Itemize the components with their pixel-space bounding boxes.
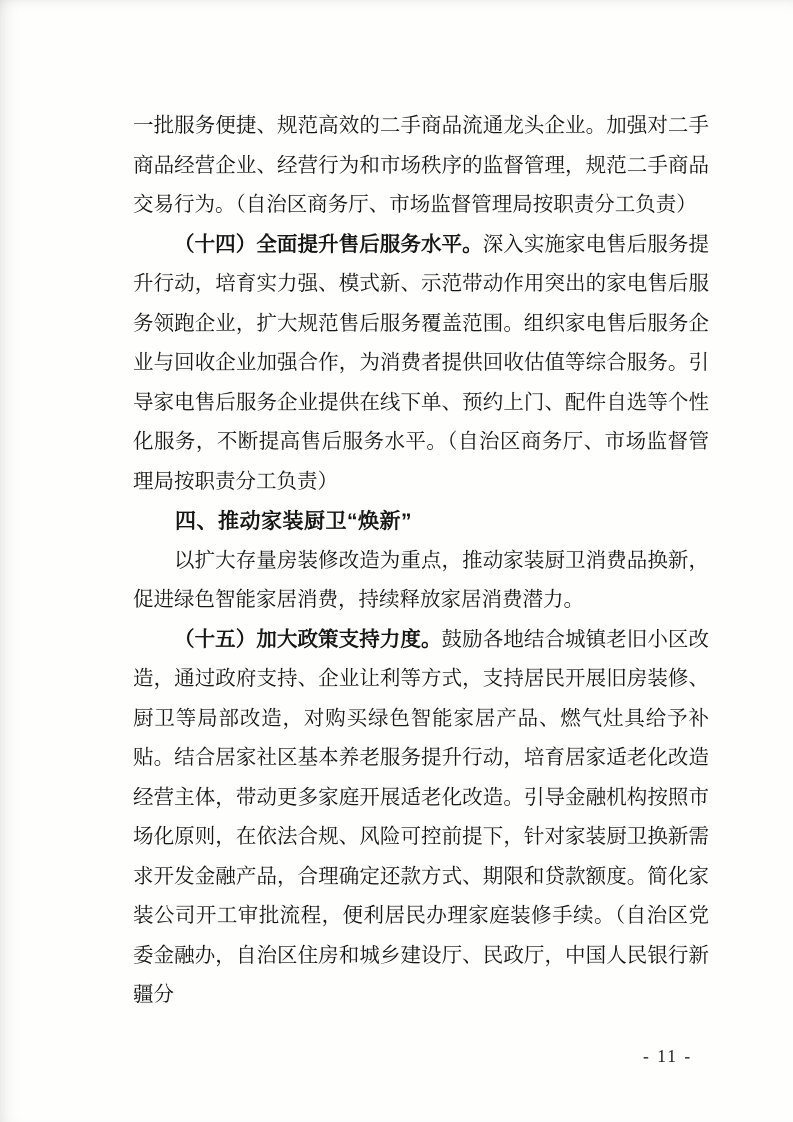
paragraph-item-15: （十五）加大政策支持力度。鼓励各地结合城镇老旧小区改造，通过政府支持、企业让利等… bbox=[133, 621, 709, 1016]
paragraph-text: 深入实施家电售后服务提升行动，培育实力强、模式新、示范带动作用突出的家电售后服务… bbox=[133, 234, 709, 493]
section-4-heading-text: 四、推动家装厨卫“焕新” bbox=[175, 510, 412, 533]
paragraph-continuation: 一批服务便捷、规范高效的二手商品流通龙头企业。加强对二手商品经营企业、经营行为和… bbox=[133, 107, 709, 226]
paragraph-item-14: （十四）全面提升售后服务水平。深入实施家电售后服务提升行动，培育实力强、模式新、… bbox=[133, 226, 709, 503]
paragraph-text: 以扩大存量房装修改造为重点，推动家装厨卫消费品换新，促进绿色智能家居消费，持续释… bbox=[133, 550, 709, 612]
document-body: 一批服务便捷、规范高效的二手商品流通龙头企业。加强对二手商品经营企业、经营行为和… bbox=[133, 107, 709, 1016]
section-4-heading: 四、推动家装厨卫“焕新” bbox=[133, 502, 709, 542]
document-page: 一批服务便捷、规范高效的二手商品流通龙头企业。加强对二手商品经营企业、经营行为和… bbox=[0, 0, 793, 1122]
paragraph-text: 鼓励各地结合城镇老旧小区改造，通过政府支持、企业让利等方式，支持居民开展旧房装修… bbox=[133, 629, 709, 1007]
paragraph-section-4-intro: 以扩大存量房装修改造为重点，推动家装厨卫消费品换新，促进绿色智能家居消费，持续释… bbox=[133, 542, 709, 621]
paragraph-text: 一批服务便捷、规范高效的二手商品流通龙头企业。加强对二手商品经营企业、经营行为和… bbox=[133, 115, 709, 216]
item-14-lead-label: （十四）全面提升售后服务水平。 bbox=[174, 234, 483, 256]
page-number: - 11 - bbox=[643, 1046, 692, 1067]
item-15-lead-label: （十五）加大政策支持力度。 bbox=[174, 629, 442, 651]
